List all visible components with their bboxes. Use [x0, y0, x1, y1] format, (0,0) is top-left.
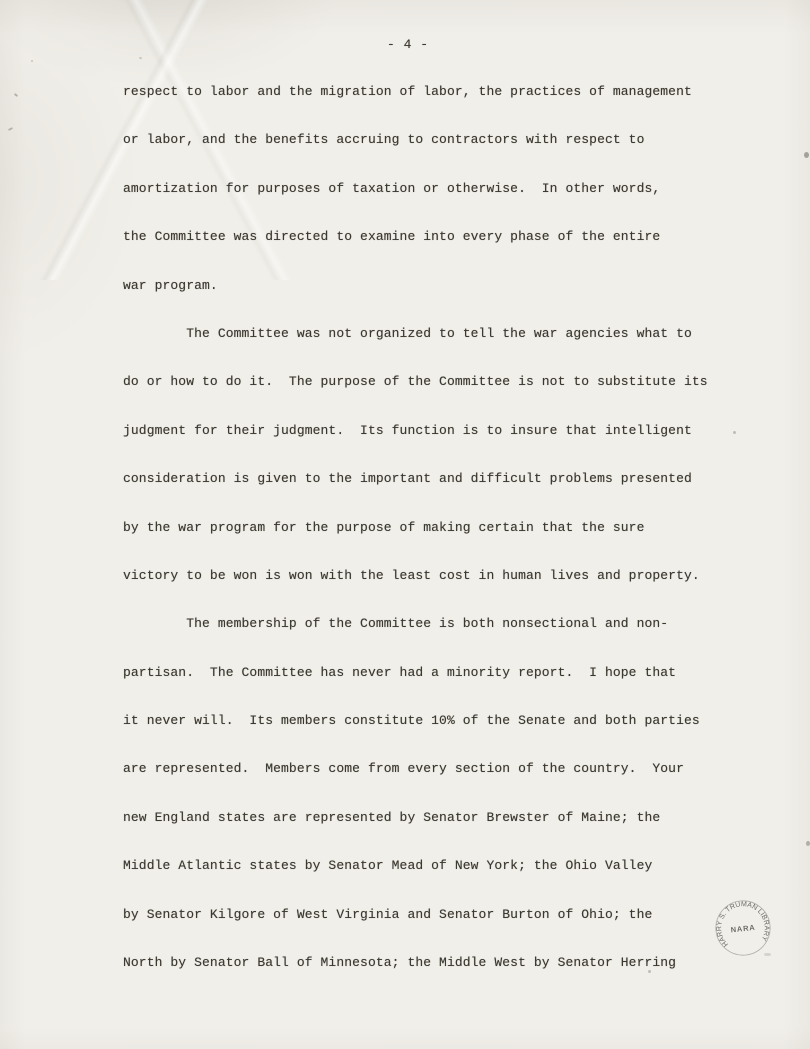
paper-speck — [31, 60, 33, 62]
text-line: Middle Atlantic states by Senator Mead o… — [123, 842, 763, 890]
text-line: new England states are represented by Se… — [123, 794, 763, 842]
text-line: consideration is given to the important … — [123, 455, 763, 503]
text-line: by the war program for the purpose of ma… — [123, 504, 763, 552]
document-text: respect to labor and the migration of la… — [123, 68, 763, 987]
text-line: victory to be won is won with the least … — [123, 552, 763, 600]
paper-speck — [139, 57, 143, 60]
text-line: North by Senator Ball of Minnesota; the … — [123, 939, 763, 987]
text-line: partisan. The Committee has never had a … — [123, 649, 763, 697]
paper-speck — [804, 152, 809, 158]
text-line: by Senator Kilgore of West Virginia and … — [123, 891, 763, 939]
paper-speck — [14, 93, 18, 97]
text-line: do or how to do it. The purpose of the C… — [123, 358, 763, 406]
text-line: are represented. Members come from every… — [123, 745, 763, 793]
text-line: respect to labor and the migration of la… — [123, 68, 763, 116]
text-line: The Committee was not organized to tell … — [123, 310, 763, 358]
truman-library-stamp: HARRY S. TRUMAN LIBRARY NARA — [711, 896, 775, 960]
text-line: war program. — [123, 262, 763, 310]
document-page: - 4 - respect to labor and the migration… — [0, 0, 810, 1049]
text-line: it never will. Its members constitute 10… — [123, 697, 763, 745]
text-line: amortization for purposes of taxation or… — [123, 165, 763, 213]
stamp-center-text: NARA — [730, 923, 756, 935]
text-line: judgment for their judgment. Its functio… — [123, 407, 763, 455]
paper-speck — [806, 841, 810, 846]
page-number: - 4 - — [387, 37, 429, 53]
text-line: or labor, and the benefits accruing to c… — [123, 116, 763, 164]
text-line: the Committee was directed to examine in… — [123, 213, 763, 261]
text-line: The membership of the Committee is both … — [123, 600, 763, 648]
paper-speck — [8, 127, 13, 131]
